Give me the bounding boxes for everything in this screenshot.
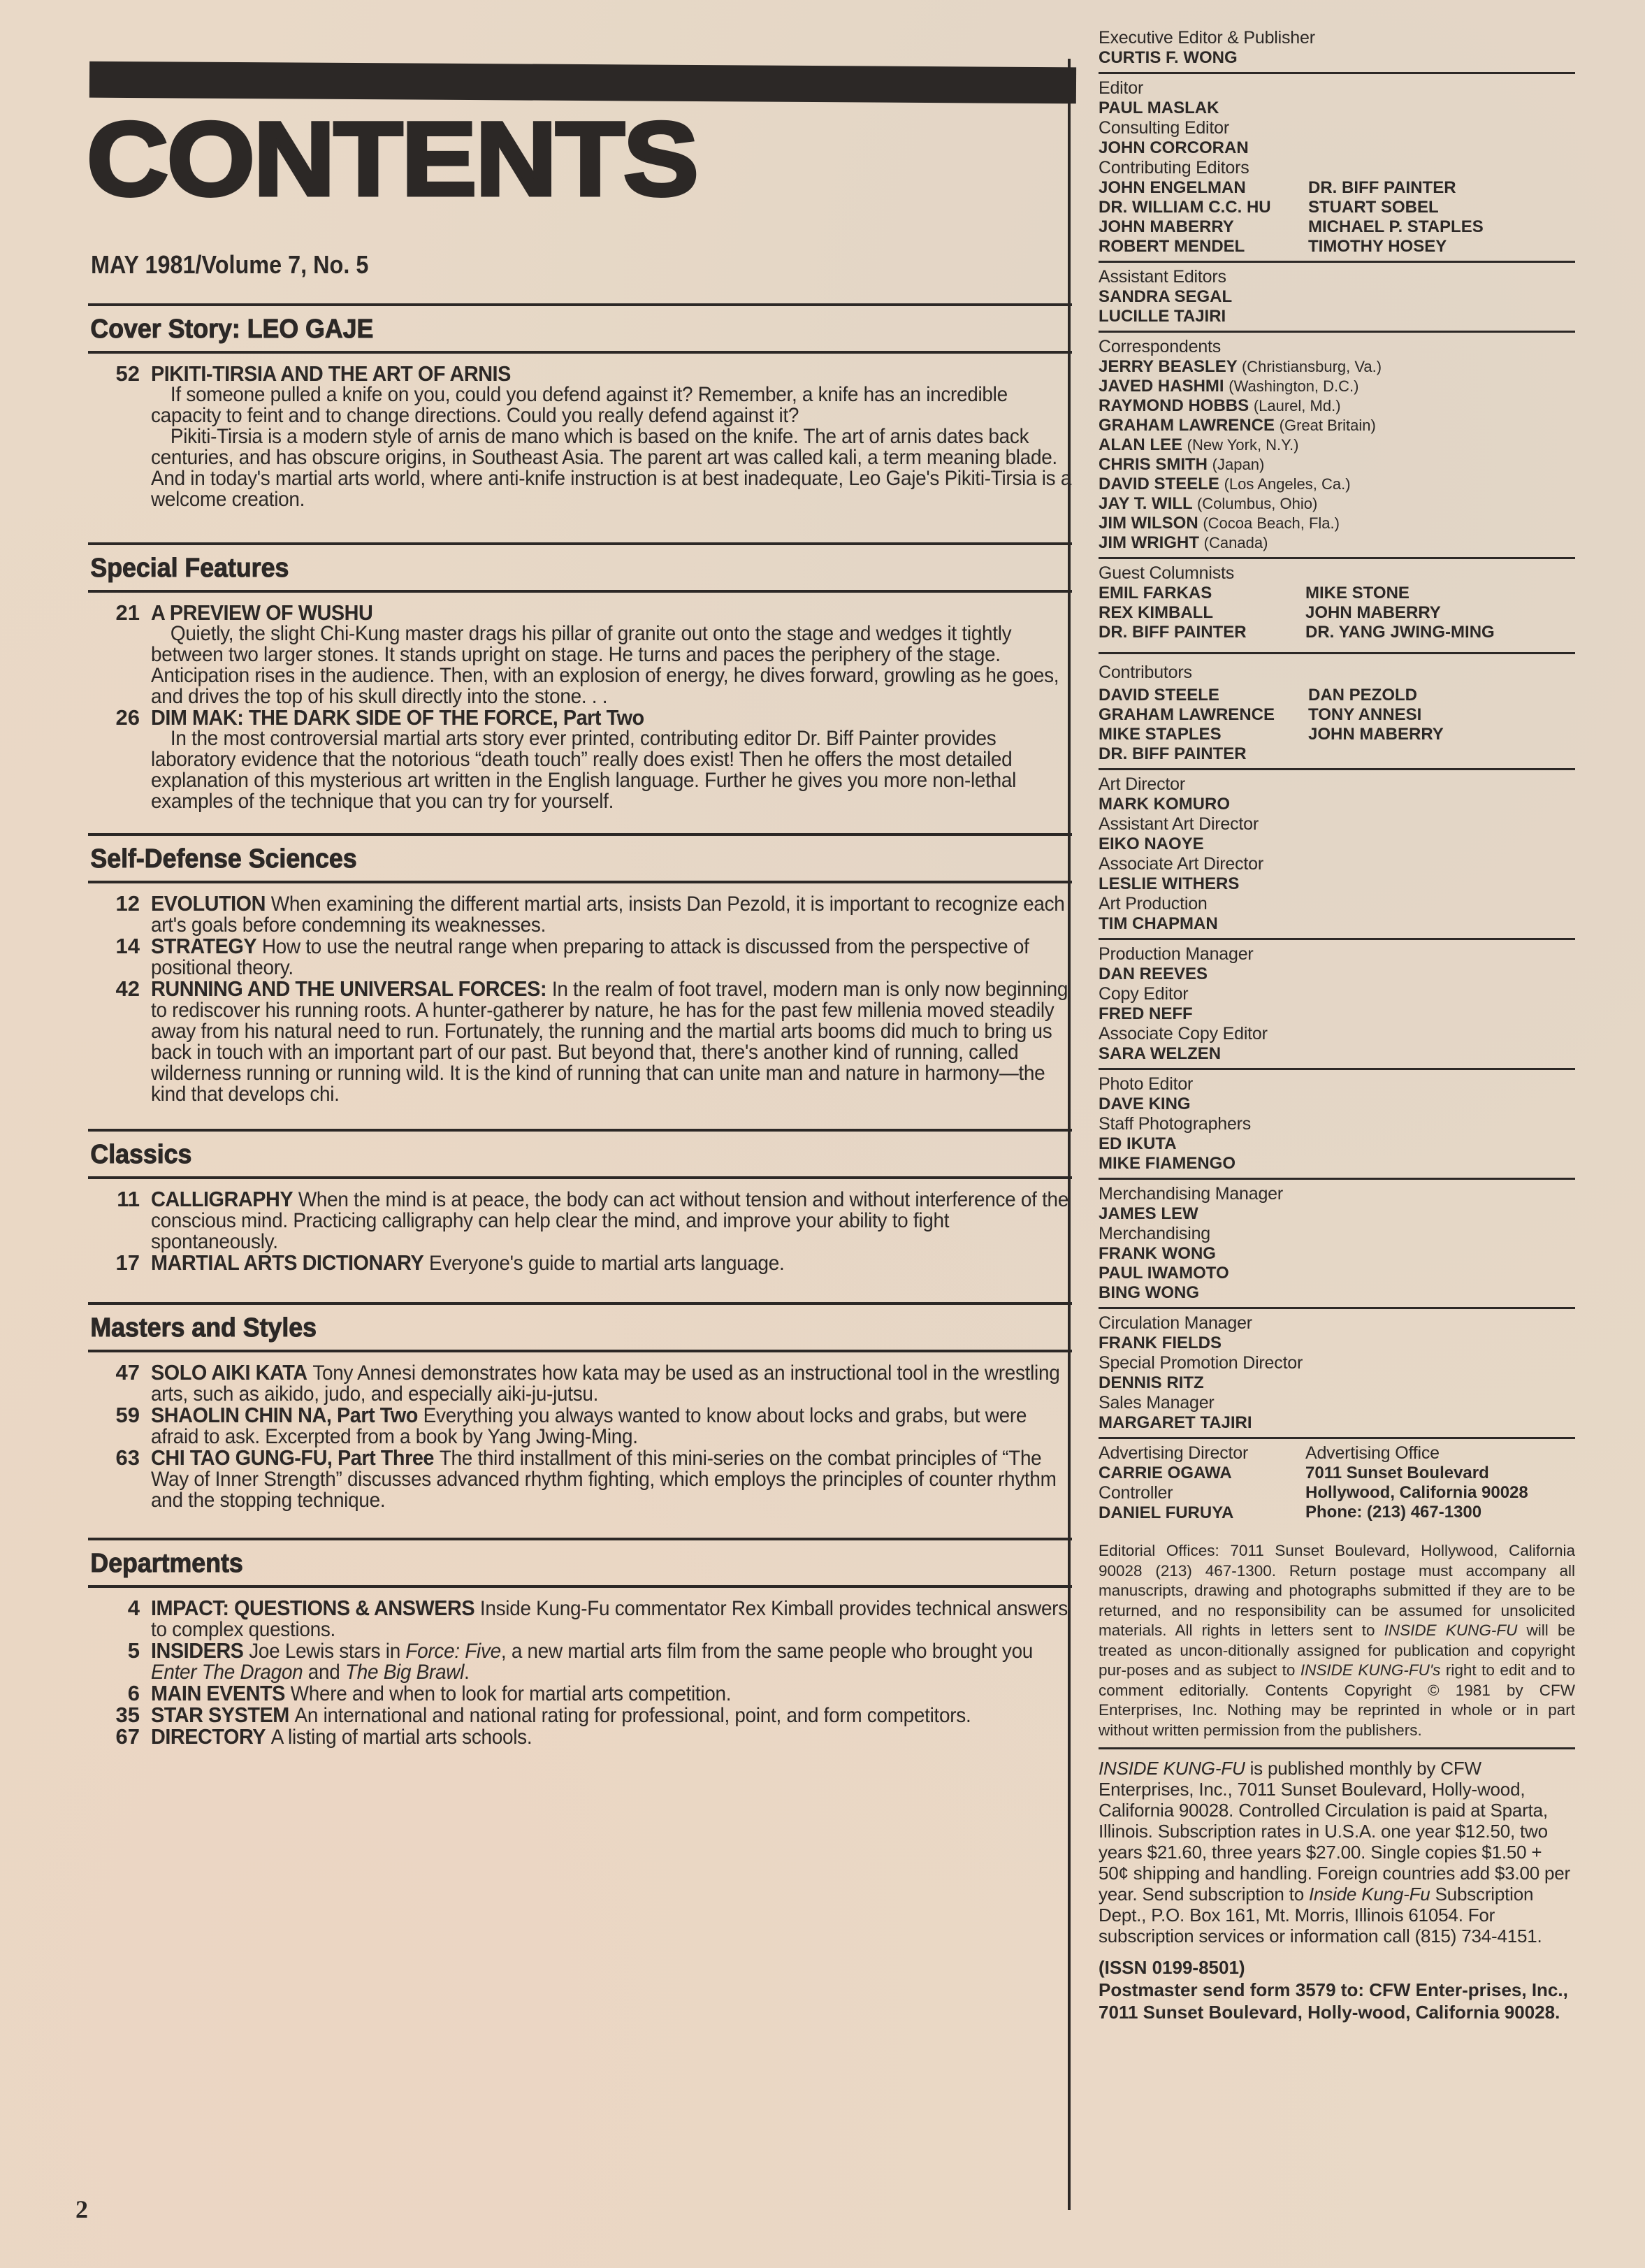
role-label: Contributing Editors (1099, 158, 1575, 178)
staff-name: CHRIS SMITH (1099, 455, 1208, 474)
staff-name: JIM WILSON (1099, 514, 1198, 533)
role-label: Assistant Editors (1099, 267, 1575, 287)
entry-body: INSIDERS Joe Lewis stars in Force: Five,… (151, 1640, 1074, 1683)
toc-entry[interactable]: 42RUNNING AND THE UNIVERSAL FORCES: In t… (84, 978, 1055, 1105)
staff-name: SANDRA SEGAL (1099, 287, 1575, 307)
publication-name: INSIDE KUNG-FU (1099, 1758, 1245, 1779)
correspondent: JIM WRIGHT (Canada) (1099, 533, 1575, 553)
staff-name: JOHN ENGELMAN (1099, 178, 1308, 198)
entry-body: A PREVIEW OF WUSHUQuietly, the slight Ch… (151, 602, 1074, 707)
entry-description: If someone pulled a knife on you, could … (151, 384, 1074, 426)
entry-list: 47SOLO AIKI KATA Tony Annesi demonstrate… (84, 1352, 1055, 1511)
masthead-photo: Photo EditorDAVE KINGStaff Photographers… (1099, 1073, 1575, 1176)
staff-name: FRED NEFF (1099, 1004, 1575, 1024)
section-heading: Self-Defense Sciences (84, 836, 997, 881)
staff-name: GRAHAM LAWRENCE (1099, 416, 1275, 435)
entry-title[interactable]: CHI TAO GUNG-FU, Part Three (151, 1445, 434, 1470)
entry-description: Pikiti-Tirsia is a modern style of arnis… (151, 426, 1074, 510)
masthead-correspondents: Correspondents JERRY BEASLEY (Christians… (1099, 335, 1575, 556)
staff-name: JAY T. WILL (1099, 494, 1192, 513)
entry-description: In the most controversial martial arts s… (151, 728, 1074, 812)
staff-name: DAVID STEELE (1099, 475, 1219, 493)
location: (Great Britain) (1280, 417, 1376, 434)
staff-name: CARRIE OGAWA (1099, 1464, 1305, 1483)
entry-description: Quietly, the slight Chi-Kung master drag… (151, 623, 1074, 707)
staff-name: CURTIS F. WONG (1099, 48, 1575, 68)
issue-line: MAY 1981/Volume 7, No. 5 (91, 250, 959, 280)
page-title: CONTENTS (87, 106, 1133, 211)
masthead-editors: Editor PAUL MASLAK Consulting Editor JOH… (1099, 77, 1575, 259)
staff-name: MIKE FIAMENGO (1099, 1154, 1575, 1173)
correspondent: ALAN LEE (New York, N.Y.) (1099, 435, 1575, 455)
staff-name: JOHN MABERRY (1308, 725, 1574, 744)
staff-name: JERRY BEASLEY (1099, 357, 1237, 376)
text-run: , a new martial arts film from the same … (501, 1640, 1033, 1663)
staff-name: DAVID STEELE (1099, 686, 1308, 705)
film-title: Force: Five (405, 1640, 500, 1663)
title-bar-decoration (89, 62, 1076, 104)
entry-description: Joe Lewis stars in Force: Five, a new ma… (151, 1640, 1033, 1684)
page-ref: 21 (84, 602, 140, 623)
staff-name: DR. YANG JWING-MING (1305, 623, 1571, 642)
role-label: Staff Photographers (1099, 1114, 1575, 1134)
staff-name: MIKE STONE (1305, 584, 1571, 603)
entry-list: 11CALLIGRAPHY When the mind is at peace,… (84, 1179, 1055, 1274)
page-ref: 59 (84, 1405, 140, 1426)
staff-name: STUART SOBEL (1308, 198, 1574, 217)
role-label: Assistant Art Director (1099, 814, 1575, 835)
location: (Canada) (1204, 534, 1268, 551)
toc-entry[interactable]: 14STRATEGY How to use the neutral range … (84, 936, 1055, 978)
section-classics: Classics 11CALLIGRAPHY When the mind is … (84, 1129, 1055, 1274)
staff-name: EIKO NAOYE (1099, 835, 1575, 854)
section-heading: Special Features (84, 545, 997, 590)
page-number: 2 (75, 2195, 88, 2224)
masthead-merchandising: Merchandising ManagerJAMES LEWMerchandis… (1099, 1183, 1575, 1306)
staff-name: BING WONG (1099, 1283, 1575, 1303)
staff-name: RAYMOND HOBBS (1099, 396, 1249, 415)
correspondent: DAVID STEELE (Los Angeles, Ca.) (1099, 475, 1575, 494)
entry-body: CHI TAO GUNG-FU, Part Three The third in… (151, 1447, 1074, 1511)
location: (Los Angeles, Ca.) (1224, 475, 1351, 493)
location: (Japan) (1212, 456, 1265, 473)
page-ref: 47 (84, 1362, 140, 1383)
correspondent: JIM WILSON (Cocoa Beach, Fla.) (1099, 514, 1575, 533)
publication-name: INSIDE KUNG-FU (1384, 1621, 1518, 1639)
staff-name: TONY ANNESI (1308, 705, 1574, 725)
entry-title[interactable]: EVOLUTION (151, 891, 266, 916)
staff-name: EMIL FARKAS (1099, 584, 1305, 603)
entry-title[interactable]: STRATEGY (151, 934, 256, 958)
staff-name: REX KIMBALL (1099, 603, 1305, 623)
masthead-rule (1099, 1437, 1575, 1439)
page-ref: 67 (84, 1726, 140, 1747)
page-ref: 52 (84, 363, 140, 384)
entry-body: IMPACT: QUESTIONS & ANSWERS Inside Kung-… (151, 1598, 1074, 1640)
text-run: . (464, 1661, 469, 1684)
staff-name: ED IKUTA (1099, 1134, 1575, 1154)
section-heading: Departments (84, 1540, 997, 1585)
correspondent: JERRY BEASLEY (Christiansburg, Va.) (1099, 357, 1575, 377)
location: (Laurel, Md.) (1254, 397, 1341, 414)
role-label: Merchandising (1099, 1224, 1575, 1244)
staff-name: JIM WRIGHT (1099, 533, 1199, 552)
role-label: Guest Columnists (1099, 563, 1575, 584)
toc-entry[interactable]: 11CALLIGRAPHY When the mind is at peace,… (84, 1189, 1055, 1252)
staff-name: DR. BIFF PAINTER (1308, 178, 1574, 198)
entry-body: DIM MAK: THE DARK SIDE OF THE FORCE, Par… (151, 707, 1074, 812)
column-divider (1068, 59, 1071, 2210)
toc-entry[interactable]: 21A PREVIEW OF WUSHUQuietly, the slight … (84, 602, 1055, 707)
role-label: Associate Copy Editor (1099, 1024, 1575, 1044)
role-label: Merchandising Manager (1099, 1184, 1575, 1204)
location: (Washington, D.C.) (1229, 377, 1358, 395)
issn: (ISSN 0199-8501) (1099, 1956, 1575, 1979)
entry-title[interactable]: SOLO AIKI KATA (151, 1360, 307, 1385)
text-run: and (303, 1661, 345, 1684)
location: (Cocoa Beach, Fla.) (1203, 514, 1340, 532)
staff-name (1308, 744, 1574, 764)
entry-list: 21A PREVIEW OF WUSHUQuietly, the slight … (84, 593, 1055, 812)
staff-name: JOHN CORCORAN (1099, 138, 1575, 158)
page-ref: 63 (84, 1447, 140, 1468)
location: (Christiansburg, Va.) (1242, 358, 1382, 375)
entry-body: SHAOLIN CHIN NA, Part Two Everything you… (151, 1405, 1074, 1447)
staff-name: PAUL IWAMOTO (1099, 1264, 1575, 1283)
toc-entry[interactable]: 47SOLO AIKI KATA Tony Annesi demonstrate… (84, 1362, 1055, 1405)
toc-entry[interactable]: 63CHI TAO GUNG-FU, Part Three The third … (84, 1447, 1055, 1511)
section-special-features: Special Features 21A PREVIEW OF WUSHUQui… (84, 542, 1055, 812)
role-label: Consulting Editor (1099, 118, 1575, 138)
section-masters-and-styles: Masters and Styles 47SOLO AIKI KATA Tony… (84, 1302, 1055, 1511)
assistant-editors-list: SANDRA SEGALLUCILLE TAJIRI (1099, 287, 1575, 326)
toc-entry[interactable]: 17MARTIAL ARTS DICTIONARY Everyone's gui… (84, 1252, 1055, 1274)
page-ref: 11 (84, 1189, 140, 1210)
correspondents-list: JERRY BEASLEY (Christiansburg, Va.)JAVED… (1099, 357, 1575, 553)
page-ref: 14 (84, 936, 140, 957)
role-label: Contributors (1099, 663, 1575, 683)
staff-name: DAVE KING (1099, 1095, 1575, 1114)
postmaster-notice: Postmaster send form 3579 to: CFW Enter-… (1099, 1979, 1575, 2023)
masthead-column: Executive Editor & Publisher CURTIS F. W… (1099, 27, 1575, 2023)
masthead-rule (1099, 72, 1575, 74)
staff-name: FRANK WONG (1099, 1244, 1575, 1264)
toc-entry[interactable]: 67DIRECTORY A listing of martial arts sc… (84, 1726, 1055, 1748)
masthead-rule (1099, 1178, 1575, 1180)
toc-entry[interactable]: 5INSIDERS Joe Lewis stars in Force: Five… (84, 1640, 1055, 1683)
page-ref: 42 (84, 978, 140, 999)
entry-title[interactable]: DIM MAK: THE DARK SIDE OF THE FORCE, Par… (151, 707, 1074, 728)
role-label: Controller (1099, 1483, 1305, 1503)
toc-entry[interactable]: 59SHAOLIN CHIN NA, Part Two Everything y… (84, 1405, 1055, 1447)
entry-body: DIRECTORY A listing of martial arts scho… (151, 1726, 1074, 1748)
page-ref: 26 (84, 707, 140, 728)
toc-entry[interactable]: 6MAIN EVENTS Where and when to look for … (84, 1683, 1055, 1705)
staff-name: MARK KOMURO (1099, 795, 1575, 814)
publication-name: INSIDE KUNG-FU's (1300, 1661, 1441, 1679)
role-label: Editor (1099, 78, 1575, 99)
entry-title[interactable]: IMPACT: QUESTIONS & ANSWERS (151, 1596, 474, 1620)
staff-name: ALAN LEE (1099, 435, 1182, 454)
section-cover-story: Cover Story: LEO GAJE 52PIKITI-TIRSIA AN… (84, 303, 1055, 510)
entry-list: 12EVOLUTION When examining the different… (84, 883, 1055, 1105)
location: (Columbus, Ohio) (1197, 495, 1317, 512)
staff-name: MICHAEL P. STAPLES (1308, 217, 1574, 237)
masthead-executive: Executive Editor & Publisher CURTIS F. W… (1099, 27, 1575, 71)
masthead-rule (1099, 768, 1575, 770)
masthead-circulation: Circulation ManagerFRANK FIELDSSpecial P… (1099, 1312, 1575, 1436)
toc-entry[interactable]: 26DIM MAK: THE DARK SIDE OF THE FORCE, P… (84, 707, 1055, 812)
role-label: Executive Editor & Publisher (1099, 28, 1575, 48)
page-ref: 6 (84, 1683, 140, 1704)
masthead-guest-columnists: Guest Columnists EMIL FARKASMIKE STONERE… (1099, 562, 1575, 645)
role-label: Special Promotion Director (1099, 1353, 1575, 1373)
staff-name: DENNIS RITZ (1099, 1373, 1575, 1393)
section-heading: Classics (84, 1132, 997, 1176)
masthead-rule (1099, 1068, 1575, 1070)
staff-name: DR. BIFF PAINTER (1099, 744, 1308, 764)
entry-title[interactable]: DIRECTORY (151, 1724, 266, 1749)
correspondent: JAVED HASHMI (Washington, D.C.) (1099, 377, 1575, 396)
entry-body: CALLIGRAPHY When the mind is at peace, t… (151, 1189, 1074, 1252)
page-ref: 5 (84, 1640, 140, 1661)
entry-title[interactable]: RUNNING AND THE UNIVERSAL FORCES: (151, 976, 546, 1001)
role-label: Art Production (1099, 894, 1575, 914)
contributors-list: DAVID STEELEDAN PEZOLDGRAHAM LAWRENCETON… (1099, 686, 1575, 764)
staff-name: TIM CHAPMAN (1099, 914, 1575, 934)
section-self-defense-sciences: Self-Defense Sciences 12EVOLUTION When e… (84, 833, 1055, 1105)
staff-name: LESLIE WITHERS (1099, 874, 1575, 894)
entry-title[interactable]: SHAOLIN CHIN NA, Part Two (151, 1403, 418, 1427)
masthead-rule (1099, 331, 1575, 333)
text-run: is published monthly by CFW Enterprises,… (1099, 1758, 1570, 1905)
staff-name: DR. WILLIAM C.C. HU (1099, 198, 1308, 217)
entry-title[interactable]: A PREVIEW OF WUSHU (151, 602, 1074, 623)
role-label: Production Manager (1099, 944, 1575, 965)
entry-list: 52PIKITI-TIRSIA AND THE ART OF ARNISIf s… (84, 354, 1055, 510)
role-label: Sales Manager (1099, 1393, 1575, 1413)
masthead-rule (1099, 652, 1575, 654)
masthead-rule (1099, 1747, 1575, 1749)
entry-title[interactable]: CALLIGRAPHY (151, 1187, 293, 1211)
office-address-line: 7011 Sunset Boulevard (1305, 1464, 1575, 1483)
role-label: Circulation Manager (1099, 1313, 1575, 1334)
entry-description: When examining the different martial art… (151, 893, 1065, 937)
text-run: Joe Lewis stars in (249, 1640, 405, 1663)
entry-body: STAR SYSTEM An international and nationa… (151, 1705, 1074, 1726)
staff-name: DAN REEVES (1099, 965, 1575, 984)
office-address-line: Hollywood, California 90028 (1305, 1483, 1575, 1503)
entry-title[interactable]: STAR SYSTEM (151, 1703, 289, 1727)
page-ref: 17 (84, 1252, 140, 1273)
masthead-rule (1099, 1307, 1575, 1309)
section-departments: Departments 4IMPACT: QUESTIONS & ANSWERS… (84, 1538, 1055, 1748)
entry-body: SOLO AIKI KATA Tony Annesi demonstrates … (151, 1362, 1074, 1405)
masthead-rule (1099, 938, 1575, 940)
staff-name: JAVED HASHMI (1099, 377, 1224, 396)
masthead-contributors: Contributors DAVID STEELEDAN PEZOLDGRAHA… (1099, 657, 1575, 767)
role-label: Associate Art Director (1099, 854, 1575, 874)
contents-column: CONTENTS MAY 1981/Volume 7, No. 5 Cover … (84, 64, 1055, 1748)
entry-body: EVOLUTION When examining the different m… (151, 893, 1074, 936)
correspondent: RAYMOND HOBBS (Laurel, Md.) (1099, 396, 1575, 416)
page-ref: 35 (84, 1705, 140, 1726)
staff-name: PAUL MASLAK (1099, 99, 1575, 118)
toc-entry[interactable]: 35STAR SYSTEM An international and natio… (84, 1705, 1055, 1726)
publication-notice: INSIDE KUNG-FU is published monthly by C… (1099, 1758, 1575, 1946)
role-label: Advertising Office (1305, 1443, 1575, 1464)
staff-name: JAMES LEW (1099, 1204, 1575, 1224)
staff-name: MARGARET TAJIRI (1099, 1413, 1575, 1433)
staff-name: MIKE STAPLES (1099, 725, 1308, 744)
staff-name: DANIEL FURUYA (1099, 1503, 1305, 1523)
staff-name: DR. BIFF PAINTER (1099, 623, 1305, 642)
editorial-notice: Editorial Offices: 7011 Sunset Boulevard… (1099, 1541, 1575, 1746)
office-phone: Phone: (213) 467-1300 (1305, 1503, 1575, 1522)
correspondent: CHRIS SMITH (Japan) (1099, 455, 1575, 475)
entry-description: How to use the neutral range when prepar… (151, 935, 1029, 979)
masthead-rule (1099, 261, 1575, 263)
publication-name: Inside Kung-Fu (1309, 1884, 1430, 1905)
role-label: Copy Editor (1099, 984, 1575, 1004)
masthead-assistant-editors: Assistant Editors SANDRA SEGALLUCILLE TA… (1099, 266, 1575, 329)
page-ref: 4 (84, 1598, 140, 1619)
entry-list: 4IMPACT: QUESTIONS & ANSWERS Inside Kung… (84, 1588, 1055, 1748)
correspondent: JAY T. WILL (Columbus, Ohio) (1099, 494, 1575, 514)
contributing-editors-list: JOHN ENGELMANDR. BIFF PAINTERDR. WILLIAM… (1099, 178, 1575, 257)
masthead-production: Production ManagerDAN REEVESCopy EditorF… (1099, 943, 1575, 1067)
staff-name: GRAHAM LAWRENCE (1099, 705, 1308, 725)
advertising-staff: Advertising Director CARRIE OGAWA Contro… (1099, 1443, 1305, 1523)
staff-name: JOHN MABERRY (1305, 603, 1571, 623)
staff-name: SARA WELZEN (1099, 1044, 1575, 1064)
masthead-rule (1099, 557, 1575, 559)
role-label: Advertising Director (1099, 1443, 1305, 1464)
staff-name: TIMOTHY HOSEY (1308, 237, 1574, 257)
toc-entry[interactable]: 4IMPACT: QUESTIONS & ANSWERS Inside Kung… (84, 1598, 1055, 1640)
entry-description: Everyone's guide to martial arts languag… (429, 1252, 785, 1275)
staff-name: LUCILLE TAJIRI (1099, 307, 1575, 326)
entry-body: RUNNING AND THE UNIVERSAL FORCES: In the… (151, 978, 1074, 1105)
role-label: Photo Editor (1099, 1074, 1575, 1095)
role-label: Correspondents (1099, 337, 1575, 357)
entry-title[interactable]: PIKITI-TIRSIA AND THE ART OF ARNIS (151, 363, 1074, 384)
film-title: The Big Brawl (345, 1661, 464, 1684)
entry-description: A listing of martial arts schools. (271, 1726, 532, 1749)
entry-body: STRATEGY How to use the neutral range wh… (151, 936, 1074, 978)
section-heading: Cover Story: LEO GAJE (84, 306, 997, 351)
entry-description: Where and when to look for martial arts … (291, 1682, 732, 1705)
entry-title[interactable]: INSIDERS (151, 1638, 243, 1663)
staff-name: FRANK FIELDS (1099, 1334, 1575, 1353)
toc-entry[interactable]: 12EVOLUTION When examining the different… (84, 893, 1055, 936)
entry-title[interactable]: MAIN EVENTS (151, 1681, 285, 1705)
entry-body: PIKITI-TIRSIA AND THE ART OF ARNISIf som… (151, 363, 1074, 510)
location: (New York, N.Y.) (1187, 436, 1299, 454)
entry-body: MAIN EVENTS Where and when to look for m… (151, 1683, 1074, 1705)
staff-name: DAN PEZOLD (1308, 686, 1574, 705)
guest-columnists-list: EMIL FARKASMIKE STONEREX KIMBALLJOHN MAB… (1099, 584, 1575, 642)
entry-description: An international and national rating for… (295, 1704, 971, 1727)
advertising-office: Advertising Office 7011 Sunset Boulevard… (1305, 1443, 1575, 1523)
masthead-art: Art DirectorMARK KOMUROAssistant Art Dir… (1099, 773, 1575, 937)
correspondent: GRAHAM LAWRENCE (Great Britain) (1099, 416, 1575, 435)
entry-body: MARTIAL ARTS DICTIONARY Everyone's guide… (151, 1252, 1074, 1274)
role-label: Art Director (1099, 774, 1575, 795)
toc-entry[interactable]: 52PIKITI-TIRSIA AND THE ART OF ARNISIf s… (84, 363, 1055, 510)
page-ref: 12 (84, 893, 140, 914)
entry-title[interactable]: MARTIAL ARTS DICTIONARY (151, 1250, 423, 1275)
staff-name: JOHN MABERRY (1099, 217, 1308, 237)
section-heading: Masters and Styles (84, 1305, 997, 1350)
masthead-advertising: Advertising Director CARRIE OGAWA Contro… (1099, 1442, 1575, 1526)
staff-name: ROBERT MENDEL (1099, 237, 1308, 257)
